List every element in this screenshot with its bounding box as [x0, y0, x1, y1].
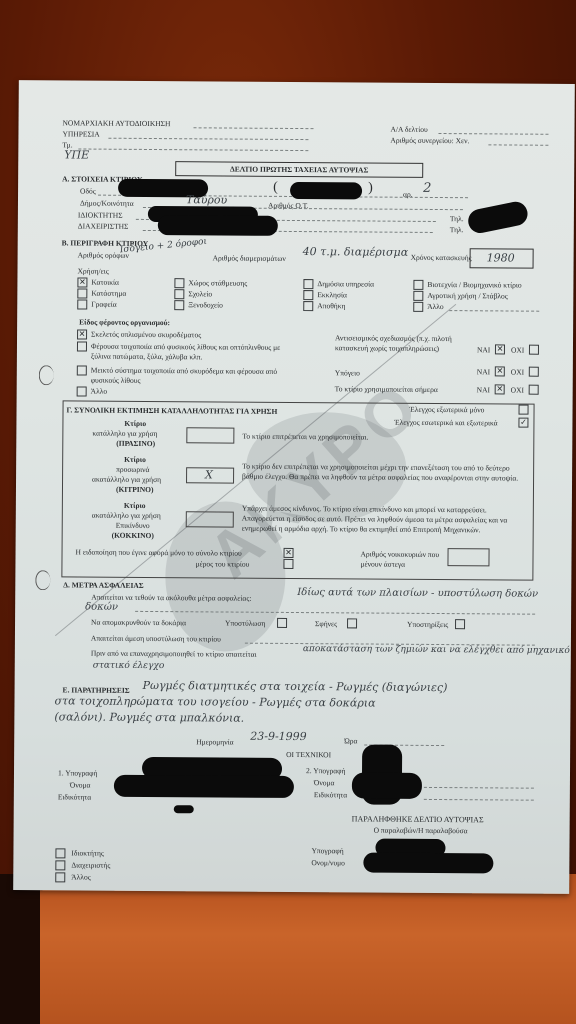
check-internal-label: Έλεγχος εσωτερικά και εξωτερικά — [394, 418, 497, 428]
field-line — [194, 127, 314, 129]
receiver-role-label-1: Διαχειριστής — [71, 860, 110, 869]
redaction — [158, 215, 278, 236]
remarks-line3: (σαλόνι). Ρωγμές στα μπαλκόνια. — [54, 710, 244, 724]
question-no-checkbox-0[interactable] — [529, 345, 539, 355]
safety-required-value: Ιδίως αυτά των πλαισίων - υποστύλωση δοκ… — [297, 587, 538, 600]
use-checkbox-9[interactable] — [413, 280, 423, 290]
time-label: Ώρα — [344, 736, 357, 745]
green-line3: (ΠΡΑΣΙΝΟ) — [116, 439, 155, 448]
before-value: αποκατάσταση των ζημιών και να ελέγχθει … — [303, 644, 570, 656]
use-checkbox-11[interactable] — [413, 302, 423, 312]
yellow-line2: προσωρινά — [116, 465, 149, 474]
use-checkbox-6[interactable] — [303, 279, 313, 289]
question-no-checkbox-2[interactable] — [529, 385, 539, 395]
use-label-7: Εκκλησία — [317, 290, 347, 299]
redaction — [466, 200, 530, 236]
name2-label: Όνομα — [314, 778, 335, 787]
structure-checkbox-3[interactable] — [77, 386, 87, 396]
red-category-box[interactable] — [186, 511, 234, 527]
structure-label-1: Φέρουσα τοιχοποιία από φυσικούς λίθους κ… — [91, 342, 301, 363]
use-checkbox-1[interactable] — [77, 288, 87, 298]
phone-label: Τηλ. — [450, 214, 464, 223]
yes-label-1: ΝΑΙ — [477, 367, 490, 376]
use-label-5: Ξενοδοχείο — [188, 300, 223, 309]
use-label-4: Σχολείο — [188, 289, 212, 298]
question-yes-checkbox-0[interactable]: ✕ — [495, 344, 505, 354]
shadow-area — [0, 874, 40, 1024]
team-label: Αριθμός συνεργείου: Χεν. — [390, 136, 469, 146]
no-label-0: ΟΧΙ — [511, 346, 524, 355]
use-checkbox-4[interactable] — [174, 289, 184, 299]
spec2-label: Ειδικότητα — [314, 790, 347, 799]
structure-label-2: Μεικτό σύστημα τοιχοποιία από σκυρόδεμα … — [91, 366, 301, 387]
service-label: ΥΠΗΡΕΣΙΑ — [62, 129, 99, 138]
yellow-line1: Κτίριο — [124, 455, 146, 464]
question-yes-checkbox-2[interactable]: ✕ — [495, 384, 505, 394]
yellow-line4: (ΚΙΤΡΙΝΟ) — [116, 485, 154, 494]
receiver-signature-label: Υπογραφή — [311, 846, 343, 855]
structure-checkbox-2[interactable] — [77, 365, 87, 375]
use-label-2: Γραφεία — [91, 300, 116, 309]
field-line — [424, 799, 534, 801]
form-title: ΔΕΛΤΙΟ ΠΡΩΤΗΣ ΤΑΧΕΙΑΣ ΑΥΤΟΨΙΑΣ — [175, 161, 423, 178]
field-line — [449, 310, 539, 312]
inspection-form-sheet: ΑΚΥΡΟ ΝΟΜΑΡΧΙΑΚΗ ΑΥΤΟΔΙΟΙΚΗΣΗ ΥΠΗΡΕΣΙΑ Τ… — [13, 80, 575, 894]
area-label: Αριθμός διαμερισμάτων — [213, 253, 286, 263]
question-label-1: Υπόγειο — [335, 368, 360, 377]
receiver-role-label-2: Άλλος — [71, 872, 90, 881]
red-line4: (ΚΟΚΚΙΝΟ) — [112, 531, 154, 540]
remarks-line1: Ρωγμές διατμητικές στα τοιχεία - Ρωγμές … — [143, 679, 448, 694]
red-line2: ακατάλληλο για χρήση — [92, 511, 161, 520]
use-checkbox-5[interactable] — [174, 300, 184, 310]
paren-close: ) — [368, 181, 373, 197]
structure-label: Είδος φέροντος οργανισμού: — [79, 317, 170, 327]
receiver-role-checkbox-2[interactable] — [55, 872, 65, 882]
field-line — [438, 133, 548, 135]
check-internal-checkbox[interactable]: ✓ — [518, 418, 528, 428]
block-label: Αριθμός Ο.Τ. — [268, 201, 309, 210]
option2-checkbox[interactable] — [347, 618, 357, 628]
use-label: Χρήση/εις — [77, 266, 108, 275]
use-checkbox-0[interactable]: ✕ — [77, 277, 87, 287]
structure-checkbox-1[interactable] — [77, 341, 87, 351]
receiver-role-checkbox-0[interactable] — [55, 848, 65, 858]
serial-label: Α/Α δελτίου — [390, 125, 427, 134]
section-e-title: Ε. ΠΑΡΑΤΗΡΗΣΕΙΣ — [63, 685, 130, 694]
sig2-label: 2. Υπογραφή — [306, 766, 345, 775]
structure-label-0: Σκελετός οπλισμένου σκυροδέματος — [91, 330, 201, 340]
municipality-value: Ταύρου — [186, 193, 227, 206]
yellow-line3: ακατάλληλο για χρήση — [92, 475, 161, 484]
manager-label: ΔΙΑΧΕΙΡΙΣΤΗΣ — [78, 221, 129, 230]
question-yes-checkbox-1[interactable]: ✕ — [495, 366, 505, 376]
fabric-background — [0, 874, 576, 1024]
street-label: Οδός — [80, 186, 96, 195]
use-checkbox-10[interactable] — [413, 291, 423, 301]
area-value: 40 τ.μ. διαμέρισμα — [303, 245, 409, 259]
notice-checkbox[interactable]: ✕ — [284, 548, 294, 558]
name1-label: Όνομα — [70, 780, 91, 789]
urgent-label: Απαιτείται άμεση υποστύλωση του κτιρίου — [91, 634, 221, 644]
yellow-mark: Χ — [205, 468, 213, 481]
red-line3: Επικίνδυνο — [116, 521, 150, 530]
use-label-3: Χώρος στάθμευσης — [188, 278, 247, 287]
red-line1: Κτίριο — [124, 501, 146, 510]
punch-hole — [35, 570, 50, 590]
use-label-11: Άλλο — [427, 302, 444, 311]
green-line1: Κτίριο — [124, 419, 146, 428]
structure-label-3: Άλλο — [91, 387, 108, 396]
redaction — [352, 772, 422, 798]
partial-checkbox[interactable] — [283, 559, 293, 569]
field-line — [488, 144, 548, 145]
check-external-label: Έλεγχος εξωτερικά μόνο — [410, 405, 485, 415]
option2-label: Σφήνες — [315, 619, 337, 628]
section-d-title: Δ. ΜΕΤΡΑ ΑΣΦΑΛΕΙΑΣ — [63, 580, 143, 590]
punch-hole — [39, 365, 54, 385]
receiver-role-label-0: Ιδιοκτήτης — [71, 848, 103, 857]
barricade-label: Να απομακρυνθούν τα δοκάρια — [91, 618, 186, 628]
use-label-8: Αποθήκη — [317, 301, 345, 310]
before-value2: στατικό έλεγχο — [93, 661, 165, 671]
receiver-name-label: Ονομ/νυμο — [311, 858, 345, 867]
question-label-2: Το κτίριο χρησιμοποιείται σήμερα — [335, 384, 438, 394]
use-label-6: Δημόσια υπηρεσία — [317, 279, 374, 288]
date-label: Ημερομηνία — [196, 737, 233, 746]
owner-label: ΙΔΙΟΚΤΗΤΗΣ — [78, 210, 123, 219]
partial-label: μέρος του κτιρίου — [195, 559, 249, 568]
year-value: 1980 — [487, 251, 515, 264]
redaction — [114, 775, 294, 798]
use-checkbox-7[interactable] — [303, 290, 313, 300]
receiver-role-checkbox-1[interactable] — [55, 860, 65, 870]
redaction — [290, 182, 362, 200]
yes-label-2: ΝΑΙ — [477, 385, 490, 394]
date-value: 23-9-1999 — [250, 730, 307, 743]
no-label-2: ΟΧΙ — [511, 386, 524, 395]
option3-checkbox[interactable] — [455, 619, 465, 629]
green-description: Το κτίριο επιτρέπεται να χρησιμοποιείται… — [242, 432, 368, 442]
green-category-box[interactable] — [186, 427, 234, 443]
use-checkbox-2[interactable] — [77, 299, 87, 309]
units-field[interactable] — [447, 548, 489, 566]
street-number-label: αρ. — [403, 190, 413, 199]
green-line2: κατάλληλο για χρήση — [92, 429, 157, 438]
authority-label: ΝΟΜΑΡΧΙΑΚΗ ΑΥΤΟΔΙΟΙΚΗΣΗ — [63, 118, 171, 128]
field-line — [78, 148, 308, 151]
use-label-9: Βιοτεχνία / Βιομηχανικό κτίριο — [427, 280, 521, 290]
option3-label: Υποστηρίξεις — [407, 620, 448, 629]
use-label-10: Αγροτική χρήση / Στάβλος — [427, 291, 508, 301]
section-c-title: Γ. ΣΥΝΟΛΙΚΗ ΕΚΤΙΜΗΣΗ ΚΑΤΑΛΛΗΛΟΤΗΤΑΣ ΓΙΑ … — [67, 405, 278, 415]
spec1-label: Ειδικότητα — [58, 792, 91, 801]
question-no-checkbox-1[interactable] — [529, 367, 539, 377]
option1-checkbox[interactable] — [277, 618, 287, 628]
redaction — [363, 852, 493, 873]
year-field[interactable]: 1980 — [470, 248, 534, 268]
paren-open: ( — [273, 180, 278, 196]
receipt-subtitle: Ο παραλαβών/Η παραλαβούσα — [374, 826, 468, 836]
check-external-checkbox[interactable] — [519, 405, 529, 415]
yellow-description: Το κτίριο δεν επιτρέπεται να χρησιμοποιε… — [242, 462, 527, 484]
engineers-title: ΟΙ ΤΕΧΝΙΚΟΙ — [286, 750, 331, 759]
phone2-label: Τηλ. — [450, 225, 464, 234]
use-label-0: Κατοικία — [91, 278, 119, 287]
receipt-title: ΠΑΡΑΛΗΦΘΗΚΕ ΔΕΛΤΙΟ ΑΥΤΟΨΙΑΣ — [352, 814, 484, 824]
municipality-label: Δήμος/Κοινότητα — [80, 198, 134, 207]
yes-label-0: ΝΑΙ — [477, 345, 490, 354]
option1-label: Υποστύλωση — [225, 619, 265, 628]
before-label: Πριν από να επαναχρησιμοποιηθεί το κτίρι… — [91, 649, 257, 659]
yellow-category-box[interactable]: Χ — [186, 467, 234, 483]
department-handwritten: ΥΠΕ — [64, 148, 89, 161]
safety-required-value2: δοκών — [85, 602, 118, 613]
use-checkbox-3[interactable] — [174, 278, 184, 288]
field-line — [108, 138, 308, 140]
remarks-line2: στα τοιχοπληρώματα του ισογείου - Ρωγμές… — [54, 694, 375, 709]
sig1-label: 1. Υπογραφή — [58, 768, 97, 777]
year-label: Χρόνος κατασκευής — [411, 253, 472, 262]
field-line — [424, 787, 534, 789]
use-checkbox-8[interactable] — [303, 301, 313, 311]
notice-label: Η ειδοποίηση που έγινε αφορά μόνο το σύν… — [76, 547, 242, 557]
units-label: Αριθμός νοικοκυριών που μένουν άστεγα — [360, 549, 440, 570]
street-number-value: 2 — [423, 181, 431, 196]
no-label-1: ΟΧΙ — [511, 368, 524, 377]
structure-checkbox-0[interactable]: ✕ — [77, 329, 87, 339]
red-description: Υπάρχει άμεσος κίνδυνος. Το κτίριο είναι… — [242, 504, 527, 536]
use-label-1: Κατάστημα — [91, 289, 126, 298]
redaction — [174, 805, 194, 813]
question-label-0: Αντισεισμικός σχεδιασμός (π.χ. πιλοτή κα… — [335, 333, 475, 354]
